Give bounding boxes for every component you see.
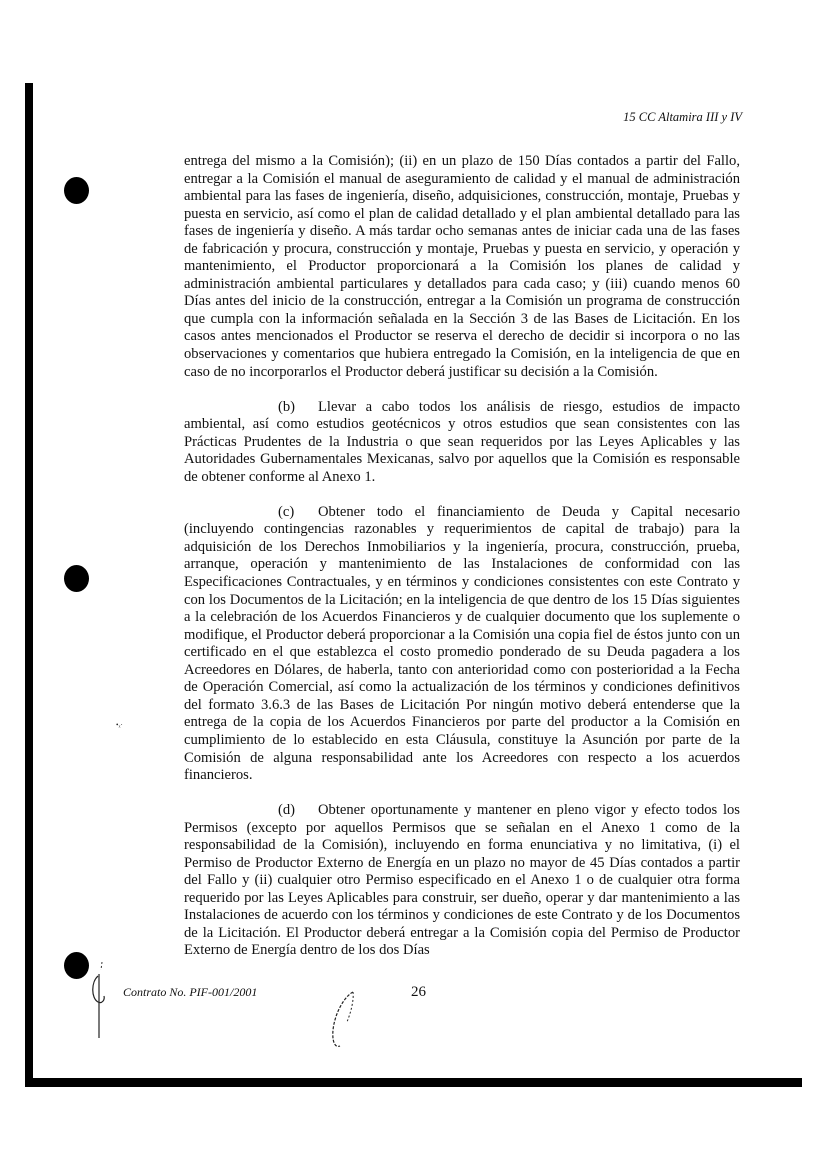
document-reference-header: 15 CC Altamira III y IV [623,110,742,125]
item-label: (c) [278,504,318,522]
margin-initial-mark-icon [88,960,112,1040]
item-label: (d) [278,802,318,820]
paragraph-text: Obtener oportunamente y mantener en plen… [184,802,740,958]
contract-body: entrega del mismo a la Comisión); (ii) e… [184,153,740,978]
paragraph-text: Llevar a cabo todos los análisis de ries… [184,399,740,485]
scan-artifact: •ₓ· [116,721,123,729]
paragraph-text: Obtener todo el financiamiento de Deuda … [184,504,740,783]
scan-border-bottom [25,1078,802,1087]
paragraph-continuation: entrega del mismo a la Comisión); (ii) e… [184,153,740,381]
contract-number-footer: Contrato No. PIF-001/2001 [123,985,257,1000]
punch-hole-icon [64,952,89,979]
scan-border-left [25,83,33,1087]
page-number: 26 [411,984,426,1001]
punch-hole-icon [64,565,89,592]
paragraph-item-d: (d)Obtener oportunamente y mantener en p… [184,802,740,960]
paragraph-item-c: (c)Obtener todo el financiamiento de Deu… [184,504,740,785]
initials-signature-icon [327,990,361,1054]
punch-hole-icon [64,177,89,204]
paragraph-item-b: (b)Llevar a cabo todos los análisis de r… [184,399,740,487]
item-label: (b) [278,399,318,417]
paragraph-text: entrega del mismo a la Comisión); (ii) e… [184,153,740,380]
